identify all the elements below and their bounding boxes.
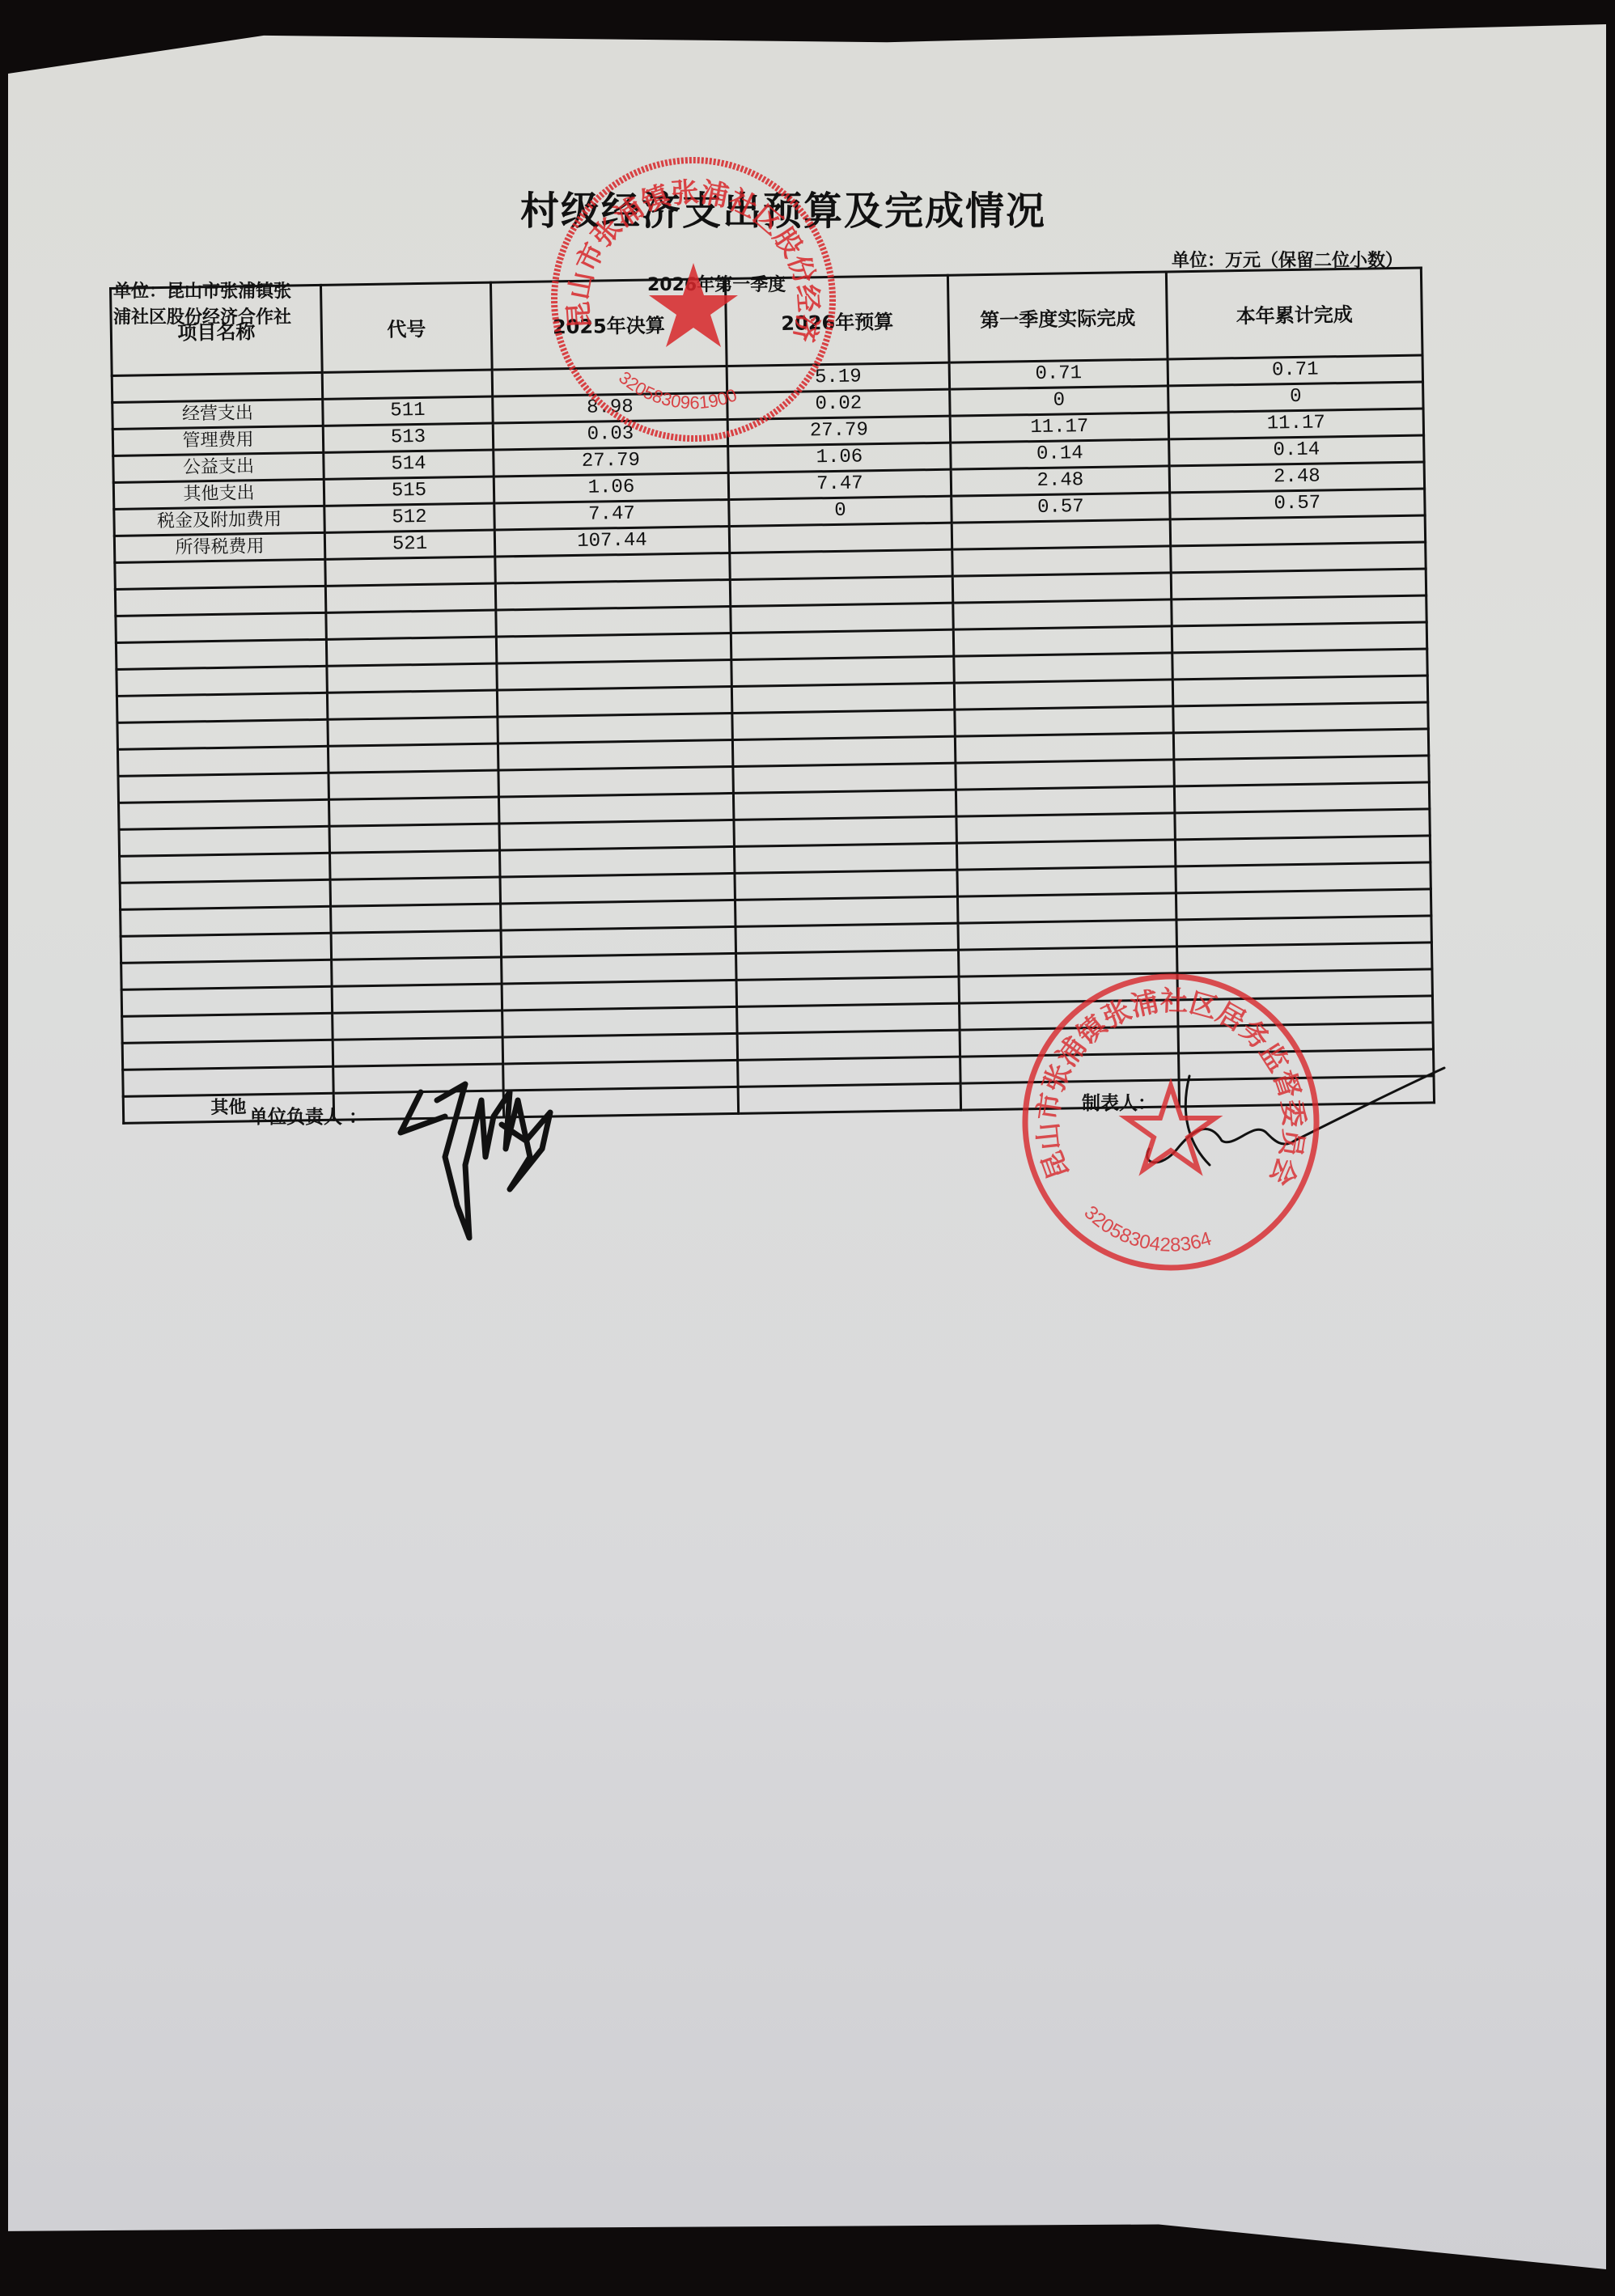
table-cell-budget-2026 xyxy=(730,549,952,579)
table-cell-q1-actual xyxy=(960,1053,1179,1083)
table-cell-ytd xyxy=(1174,756,1429,786)
table-cell-final-2025: 0.03 xyxy=(493,420,727,451)
table-cell-code xyxy=(333,1037,502,1066)
table-cell-name: 经营支出 xyxy=(112,399,323,429)
table-cell-q1-actual xyxy=(956,760,1174,790)
table-cell-budget-2026 xyxy=(736,976,959,1006)
table-cell-empty xyxy=(1179,1076,1434,1107)
table-cell-name xyxy=(115,586,325,616)
table-cell-final-2025: 27.79 xyxy=(494,447,728,477)
table-cell-final-2025 xyxy=(498,739,732,770)
table-cell-budget-2026 xyxy=(731,603,953,633)
table-cell-q1-actual xyxy=(955,706,1173,736)
table-cell-final-2025 xyxy=(499,820,734,850)
table-cell-code xyxy=(333,1064,503,1093)
table-cell-code xyxy=(332,957,502,986)
table-cell-name xyxy=(121,933,331,963)
table-cell-ytd xyxy=(1172,649,1427,680)
table-cell-code xyxy=(327,663,497,693)
table-cell-budget-2026 xyxy=(731,656,954,686)
table-cell-q1-actual xyxy=(956,840,1175,870)
table-cell-q1-actual: 0.71 xyxy=(949,359,1168,389)
table-cell-ytd xyxy=(1176,916,1431,947)
table-cell-q1-actual xyxy=(956,786,1174,816)
table-cell-q1-actual xyxy=(955,733,1173,763)
table-cell-q1-actual xyxy=(959,973,1177,1003)
table-cell-empty xyxy=(738,1083,960,1113)
table-cell-name xyxy=(117,746,328,776)
table-cell-final-2025 xyxy=(502,980,736,1010)
table-cell-ytd: 0.57 xyxy=(1170,489,1425,519)
table-cell-budget-2026 xyxy=(731,629,953,659)
table-cell-budget-2026 xyxy=(734,816,956,846)
table-cell-ytd xyxy=(1171,569,1426,599)
document-title: 村级经济支出预算及完成情况 xyxy=(0,180,1591,235)
table-cell-code: 514 xyxy=(324,450,494,479)
table-cell-budget-2026: 1.06 xyxy=(728,443,951,472)
table-cell-code: 521 xyxy=(324,530,494,559)
table-cell-budget-2026 xyxy=(729,523,952,553)
table-cell-name: 税金及附加费用 xyxy=(114,506,324,536)
table-cell-final-2025 xyxy=(500,873,735,904)
table-cell-code xyxy=(330,850,500,879)
table-cell-name xyxy=(121,906,331,936)
table-cell-ytd xyxy=(1179,1049,1434,1080)
table-cell-code xyxy=(330,877,500,906)
table-cell-code xyxy=(322,370,492,399)
table-cell-name xyxy=(117,693,327,722)
table-cell-budget-2026 xyxy=(731,683,954,713)
table-cell-name xyxy=(123,1066,333,1096)
table-cell-q1-actual xyxy=(952,573,1171,603)
table-cell-budget-2026: 5.19 xyxy=(727,362,949,392)
table-cell-name xyxy=(122,1040,333,1070)
table-cell-ytd: 2.48 xyxy=(1169,462,1424,493)
header-budget-2026: 2026年预算 xyxy=(725,275,949,366)
table-cell-code xyxy=(331,930,501,959)
table-cell-code xyxy=(325,557,495,586)
table-cell-name: 所得税费用 xyxy=(114,532,324,562)
table-cell-name: 公益支出 xyxy=(113,452,324,482)
table-cell-budget-2026 xyxy=(730,576,952,606)
table-cell-q1-actual xyxy=(958,947,1176,976)
table-cell-name xyxy=(116,639,326,669)
table-cell-final-2025 xyxy=(497,686,731,717)
table-cell-name xyxy=(122,1013,333,1043)
table-cell-name xyxy=(121,959,332,989)
table-cell-final-2025: 7.47 xyxy=(494,500,729,531)
table-cell-code: 515 xyxy=(324,477,494,506)
table-cell-final-2025 xyxy=(495,579,730,610)
table-cell-final-2025 xyxy=(498,766,733,797)
table-cell-final-2025 xyxy=(498,713,732,743)
table-cell-name xyxy=(116,612,326,642)
table-cell-ytd xyxy=(1177,969,1432,1000)
table-cell-budget-2026 xyxy=(735,923,958,953)
table-cell-code xyxy=(329,824,499,853)
table-cell-ytd xyxy=(1174,782,1429,813)
unit-head-signature-label: 单位负责人 ： xyxy=(249,1102,367,1129)
table-cell-name xyxy=(119,826,329,856)
table-cell-q1-actual: 0 xyxy=(950,386,1168,416)
table-cell-budget-2026 xyxy=(732,710,955,739)
table-cell-budget-2026: 0.02 xyxy=(727,389,950,419)
table-cell-code xyxy=(328,743,498,773)
table-cell-ytd: 11.17 xyxy=(1168,409,1423,439)
table-cell-budget-2026 xyxy=(737,1030,960,1060)
table-cell-name xyxy=(112,372,322,402)
table-cell-name: 管理费用 xyxy=(112,426,323,455)
table-cell-q1-actual: 11.17 xyxy=(950,413,1168,443)
table-cell-code xyxy=(325,583,495,612)
table-cell-budget-2026 xyxy=(735,896,957,926)
table-cell-final-2025 xyxy=(502,1006,737,1037)
table-cell-budget-2026: 27.79 xyxy=(727,416,950,446)
table-cell-q1-actual: 0.14 xyxy=(951,439,1169,469)
table-cell-q1-actual xyxy=(960,1027,1178,1057)
table-cell-final-2025: 107.44 xyxy=(494,527,729,557)
table-cell-ytd xyxy=(1172,622,1426,653)
table-cell-code xyxy=(327,690,497,719)
table-cell-final-2025 xyxy=(499,846,734,877)
preparer-signature-label: 制表人： xyxy=(1082,1088,1156,1115)
table-cell-ytd xyxy=(1171,542,1426,573)
table-cell-budget-2026 xyxy=(737,1003,960,1033)
table-cell-q1-actual xyxy=(953,626,1172,656)
table-cell-budget-2026 xyxy=(734,843,956,873)
table-cell-ytd xyxy=(1170,515,1425,546)
table-cell-q1-actual xyxy=(954,653,1172,683)
table-cell-code: 512 xyxy=(324,503,494,532)
table-cell-budget-2026 xyxy=(735,870,957,900)
table-cell-ytd: 0.14 xyxy=(1169,435,1424,466)
table-cell-code xyxy=(329,797,498,826)
table-cell-name xyxy=(118,773,329,803)
table-cell-final-2025 xyxy=(497,659,731,690)
table-cell-ytd xyxy=(1176,889,1431,920)
table-cell-ytd xyxy=(1176,862,1431,893)
table-cell-empty xyxy=(503,1087,738,1117)
table-cell-name xyxy=(119,799,329,829)
table-cell-final-2025 xyxy=(503,1060,738,1091)
table-cell-final-2025 xyxy=(496,606,731,637)
table-cell-ytd xyxy=(1173,702,1428,733)
table-cell-final-2025: 8.98 xyxy=(493,393,727,424)
table-cell-q1-actual xyxy=(956,813,1175,843)
table-cell-final-2025 xyxy=(501,900,735,930)
table-cell-q1-actual xyxy=(954,680,1172,710)
table-cell-final-2025 xyxy=(495,553,730,583)
table-cell-q1-actual: 0.57 xyxy=(952,493,1170,523)
table-cell-ytd xyxy=(1172,676,1427,706)
table-cell-final-2025 xyxy=(496,633,731,663)
table-cell-code xyxy=(331,904,501,933)
table-cell-ytd xyxy=(1178,1023,1433,1053)
expense-table: 项目名称 代号 2025年决算 2026年预算 第一季度实际完成 本年累计完成 … xyxy=(109,267,1433,1125)
table-cell-name: 其他支出 xyxy=(113,479,324,509)
table-cell-ytd: 0 xyxy=(1168,382,1423,413)
table-cell-ytd xyxy=(1173,729,1428,760)
table-cell-budget-2026 xyxy=(736,950,959,980)
table-cell-budget-2026: 0 xyxy=(729,496,952,526)
table-cell-name xyxy=(117,666,327,696)
table-cell-code: 513 xyxy=(323,423,493,452)
table-cell-budget-2026: 7.47 xyxy=(728,469,951,499)
table-cell-budget-2026 xyxy=(732,736,955,766)
table-cell-ytd xyxy=(1175,809,1430,840)
table-cell-name xyxy=(121,986,332,1016)
header-item-name: 项目名称 xyxy=(111,285,323,375)
table-cell-budget-2026 xyxy=(733,790,956,820)
table-cell-code xyxy=(326,610,496,639)
table-cell-code xyxy=(326,637,496,666)
table-cell-ytd xyxy=(1172,595,1426,626)
table-cell-q1-actual: 2.48 xyxy=(951,466,1169,496)
table-cell-q1-actual xyxy=(958,920,1176,950)
table-cell-ytd: 0.71 xyxy=(1168,355,1422,386)
table-cell-q1-actual xyxy=(952,546,1171,576)
table-cell-name xyxy=(117,719,328,749)
table-cell-budget-2026 xyxy=(738,1057,960,1087)
table-cell-code xyxy=(332,984,502,1013)
table-cell-final-2025 xyxy=(502,953,736,984)
table-cell-name xyxy=(115,559,325,589)
table-cell-q1-actual xyxy=(952,519,1170,549)
table-cell-q1-actual xyxy=(957,866,1176,896)
header-q1-actual: 第一季度实际完成 xyxy=(947,272,1168,362)
table-cell-ytd xyxy=(1175,836,1430,866)
table-cell-final-2025 xyxy=(498,793,733,824)
table-cell-final-2025 xyxy=(492,366,727,397)
header-code: 代号 xyxy=(320,282,492,372)
table-cell-q1-actual xyxy=(953,599,1172,629)
table-cell-name xyxy=(120,853,330,883)
table-cell-code xyxy=(328,717,498,746)
table-cell-code xyxy=(333,1010,502,1040)
table-cell-ytd xyxy=(1177,996,1432,1027)
table-cell-final-2025: 1.06 xyxy=(494,473,728,504)
table-cell-budget-2026 xyxy=(733,763,956,793)
table-cell-code xyxy=(329,770,498,799)
header-ytd: 本年累计完成 xyxy=(1166,268,1422,359)
table-cell-ytd xyxy=(1176,943,1431,973)
table-cell-q1-actual xyxy=(957,893,1176,923)
table-cell-name xyxy=(120,879,330,909)
header-final-2025: 2025年决算 xyxy=(490,279,727,371)
table-cell-q1-actual xyxy=(960,1000,1178,1030)
table-cell-code: 511 xyxy=(323,396,493,426)
table-cell-final-2025 xyxy=(502,1033,737,1064)
table-cell-final-2025 xyxy=(501,926,735,957)
